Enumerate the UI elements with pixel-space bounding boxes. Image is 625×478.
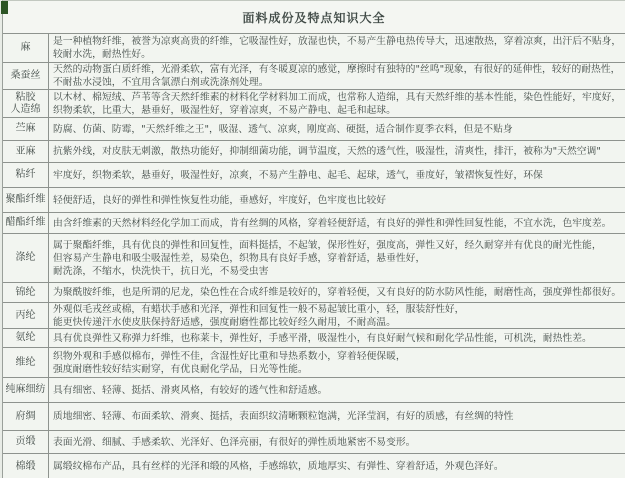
fabric-description: 属于聚酯纤维，具有优良的弹性和回复性，面料挺括，不起皱，保形性好，强度高，弹性又…: [53, 239, 602, 278]
fabric-name: 府绸: [3, 403, 49, 430]
fabric-name: 氨纶: [3, 329, 49, 347]
table-row: 桑蚕丝 天然的动物蛋白质纤维，光滑柔软，富有光泽，有冬暖夏凉的感觉，摩擦时有独特…: [3, 63, 625, 90]
table-row: 醋酯纤维 由含纤维素的天然材料经化学加工而成，肯有丝绸的风格，穿着轻便舒适，有良…: [3, 213, 625, 234]
table-row: 苎麻 防腐、仿菌、防霉，"天然纤维之王"，吸湿、透气、凉爽，刚度高、硬挺，适合制…: [3, 118, 625, 141]
fabric-name: 聚酯纤维: [3, 188, 49, 212]
fabric-name: 麻: [3, 34, 49, 62]
table-row: 贡缎 表面光滑、细腻、手感柔软、光泽好、色泽亮丽，有很好的弹性质地紧密不易变形。: [3, 431, 625, 454]
fabric-name: 醋酯纤维: [3, 213, 49, 233]
table-row: 涤纶 属于聚酯纤维，具有优良的弹性和回复性，面料挺括，不起皱，保形性好，强度高，…: [3, 234, 625, 283]
table-row: 粘胶 人造绵 以木材、棉短绒、芦苇等含天然纤维素的材料化学材料加工而成，也常称人…: [3, 90, 625, 118]
fabric-description: 轻便舒适，良好的弹性和弹性恢复性功能，垂感好，牢度好，色牢度也比较好: [53, 194, 386, 207]
fabric-name: 苎麻: [3, 118, 49, 140]
fabric-description: 是一种植物纤维，被誉为凉爽高贵的纤维，它吸湿性好，放湿也快，不易产生静电热传导大…: [53, 35, 621, 61]
fabric-description: 由含纤维素的天然材料经化学加工而成，肯有丝绸的风格，穿着轻便舒适，有良好的弹性和…: [53, 217, 611, 230]
fabric-name: 粘纤: [3, 163, 49, 187]
fabric-description: 牢度好，织物柔软，悬垂好，吸湿性好，凉爽，不易产生静电、起毛、起球，透气，垂度好…: [53, 169, 543, 182]
fabric-name: 棉缎: [3, 454, 49, 478]
fabric-description: 外观似毛戎丝或棉，有蜡状手感和光泽，弹性和回复性一般不易起皱比重小，轻，服装舒性…: [53, 303, 464, 328]
table-row: 棉缎 属缎纹棉布产品，具有丝样的光泽和缎的风格，手感绵软，质地厚实、有弹性、穿着…: [3, 454, 625, 478]
fabric-description: 天然的动物蛋白质纤维，光滑柔软，富有光泽，有冬暖夏凉的感觉，摩擦时有独特的"丝鸣…: [53, 63, 620, 89]
fabric-description: 抗紫外线，对皮肤无刺激，散热功能好，抑制细菌功能，调节温度，天然的透气性，吸湿性…: [53, 145, 601, 158]
fabric-name: 纯麻细纺: [3, 378, 49, 402]
fabric-description: 质地细密、轻薄、布面柔软、滑爽、挺括，表面织纹清晰颗粒饱满，光泽莹润，有好的质感…: [53, 410, 513, 423]
page-title: 面料成份及特点知识大全: [3, 1, 625, 34]
table-row: 麻 是一种植物纤维，被誉为凉爽高贵的纤维，它吸湿性好，放湿也快，不易产生静电热传…: [3, 34, 625, 63]
table-row: 丙纶 外观似毛戎丝或棉，有蜡状手感和光泽，弹性和回复性一般不易起皱比重小，轻，服…: [3, 303, 625, 329]
fabric-description: 具有优良弹性又称弹力纤维，也称莱卡，弹性好，手感平滑，吸湿性小，有良好耐气候和耐…: [53, 332, 592, 345]
fabric-name: 涤纶: [3, 234, 49, 282]
table-row: 亚麻 抗紫外线，对皮肤无刺激，散热功能好，抑制细菌功能，调节温度，天然的透气性，…: [3, 141, 625, 163]
fabric-name: 贡缎: [3, 431, 49, 453]
fabric-name: 亚麻: [3, 141, 49, 162]
fabric-description: 具有细密、轻薄、挺括、滑爽风格，有较好的透气性和舒适感。: [53, 384, 327, 397]
fabric-name: 粘胶 人造绵: [3, 90, 49, 117]
fabric-description: 防腐、仿菌、防霉，"天然纤维之王"，吸湿、透气、凉爽，刚度高、硬挺，适合制作夏季…: [53, 123, 513, 136]
table-row: 粘纤 牢度好，织物柔软，悬垂好，吸湿性好，凉爽，不易产生静电、起毛、起球，透气，…: [3, 163, 625, 188]
table-row: 聚酯纤维 轻便舒适，良好的弹性和弹性恢复性功能，垂感好，牢度好，色牢度也比较好: [3, 188, 625, 213]
fabric-description: 织物外观和手感似棉布，弹性不佳，含湿性好比重和导热系数小，穿着轻便保暖， 强度耐…: [53, 350, 406, 376]
fabric-description: 以木材、棉短绒、芦苇等含天然纤维素的材料化学材料加工而成，也常称人造绵，具有天然…: [53, 91, 621, 117]
fabric-name: 丙纶: [3, 303, 49, 328]
fabric-description: 属缎纹棉布产品，具有丝样的光泽和缎的风格，手感绵软，质地厚实、有弹性、穿着舒适，…: [53, 460, 504, 473]
fabric-knowledge-table: 面料成份及特点知识大全 麻 是一种植物纤维，被誉为凉爽高贵的纤维，它吸湿性好，放…: [2, 0, 625, 478]
table-row: 维纶 织物外观和手感似棉布，弹性不佳，含湿性好比重和导热系数小，穿着轻便保暖， …: [3, 348, 625, 378]
table-row: 纯麻细纺 具有细密、轻薄、挺括、滑爽风格，有较好的透气性和舒适感。: [3, 378, 625, 403]
table-row: 锦纶 为聚酰胺纤维，也是所谓的尼龙，染色性在合成纤维是较好的，穿着轻便，又有良好…: [3, 283, 625, 303]
fabric-name: 锦纶: [3, 283, 49, 302]
fabric-description: 为聚酰胺纤维，也是所谓的尼龙，染色性在合成纤维是较好的，穿着轻便，又有良好的防水…: [53, 286, 621, 299]
table-row: 府绸 质地细密、轻薄、布面柔软、滑爽、挺括，表面织纹清晰颗粒饱满，光泽莹润，有好…: [3, 403, 625, 431]
fabric-name: 维纶: [3, 348, 49, 377]
table-row: 氨纶 具有优良弹性又称弹力纤维，也称莱卡，弹性好，手感平滑，吸湿性小，有良好耐气…: [3, 329, 625, 348]
corner-mark: [1, 1, 8, 14]
fabric-description: 表面光滑、细腻、手感柔软、光泽好、色泽亮丽，有很好的弹性质地紧密不易变形。: [53, 436, 415, 449]
fabric-name: 桑蚕丝: [3, 63, 49, 89]
